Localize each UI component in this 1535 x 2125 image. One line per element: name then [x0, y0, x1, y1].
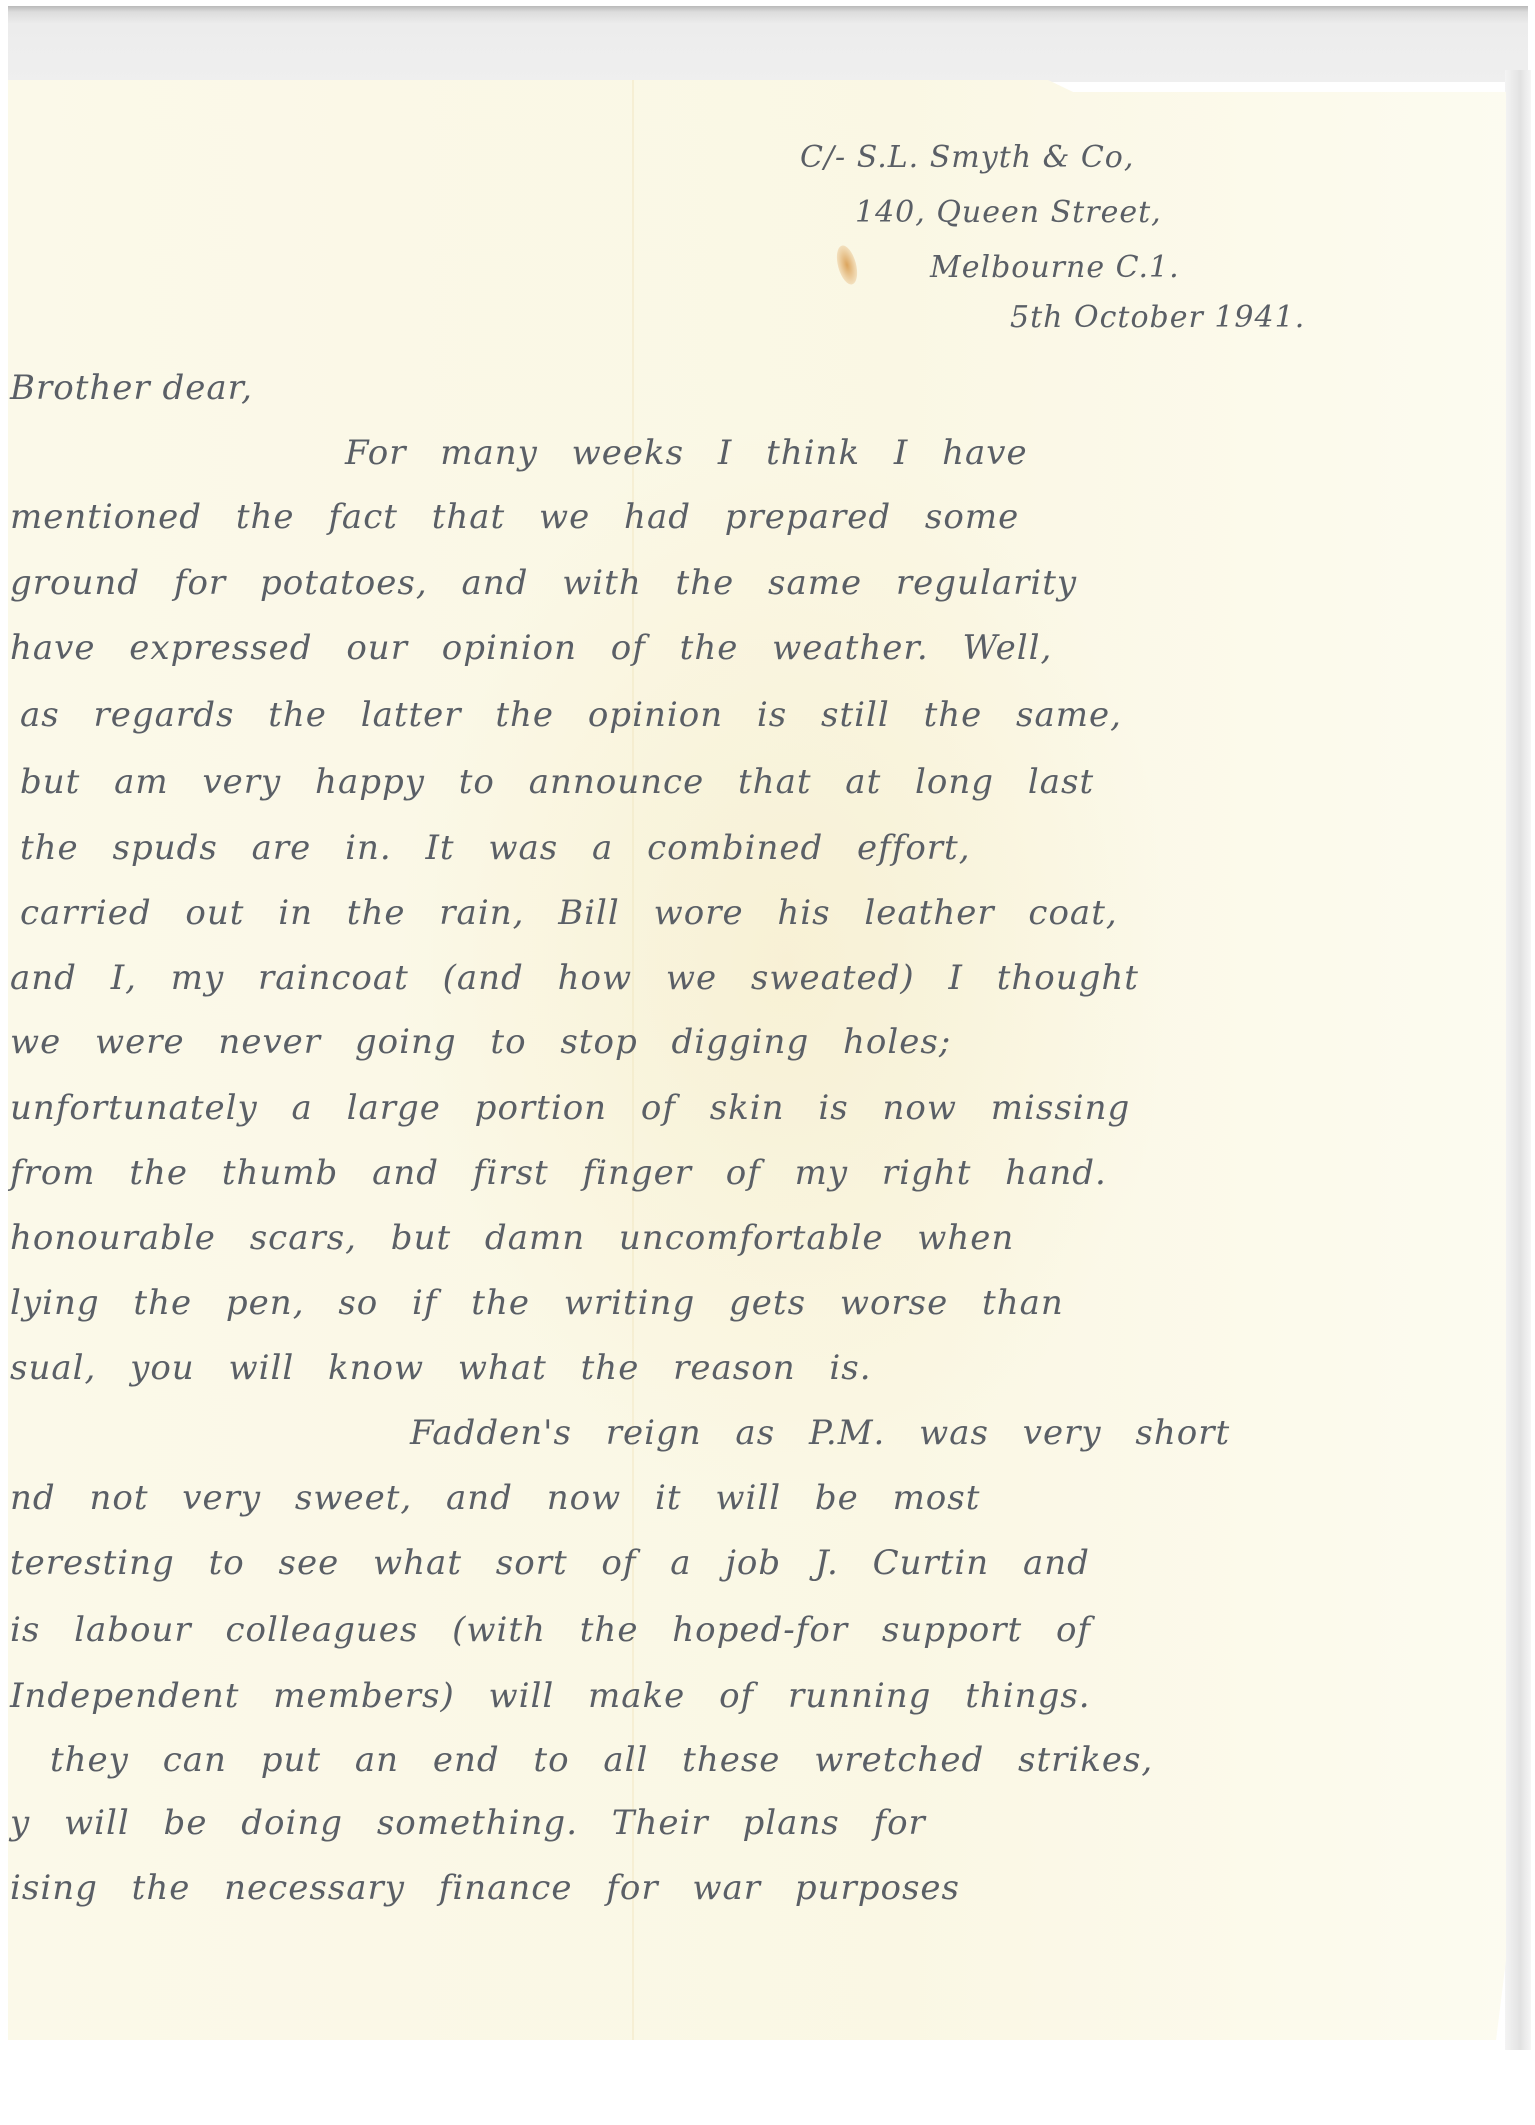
- body-line: lying the pen, so if the writing gets wo…: [10, 1283, 1064, 1323]
- body-line: carried out in the rain, Bill wore his l…: [20, 893, 1118, 933]
- body-line: ising the necessary finance for war purp…: [10, 1868, 960, 1908]
- body-line: they can put an end to all these wretche…: [50, 1740, 1153, 1780]
- body-line: the spuds are in. It was a combined effo…: [20, 828, 971, 868]
- body-line: from the thumb and first finger of my ri…: [10, 1153, 1107, 1193]
- body-line: teresting to see what sort of a job J. C…: [10, 1543, 1090, 1583]
- body-line: ground for potatoes, and with the same r…: [10, 563, 1077, 603]
- body-line: but am very happy to announce that at lo…: [20, 762, 1094, 802]
- body-line: and I, my raincoat (and how we sweated) …: [10, 958, 1139, 998]
- body-line: honourable scars, but damn uncomfortable…: [10, 1218, 1014, 1258]
- scanner-background-top: [8, 6, 1528, 82]
- address-line-1: C/- S.L. Smyth & Co,: [800, 140, 1134, 175]
- body-line: sual, you will know what the reason is.: [10, 1348, 872, 1388]
- body-line: y will be doing something. Their plans f…: [10, 1803, 926, 1843]
- body-line: we were never going to stop digging hole…: [10, 1022, 951, 1062]
- body-line: mentioned the fact that we had prepared …: [10, 497, 1019, 537]
- address-line-2: 140, Queen Street,: [855, 195, 1162, 230]
- body-line: Fadden's reign as P.M. was very short: [410, 1413, 1230, 1453]
- body-line: For many weeks I think I have: [345, 433, 1028, 473]
- body-line: as regards the latter the opinion is sti…: [20, 695, 1122, 735]
- body-line: nd not very sweet, and now it will be mo…: [10, 1478, 980, 1518]
- scanner-background-right: [1505, 70, 1531, 2050]
- letter-date: 5th October 1941.: [1010, 300, 1305, 335]
- address-line-3: Melbourne C.1.: [930, 250, 1180, 285]
- letter-salutation: Brother dear,: [10, 368, 253, 408]
- body-line: is labour colleagues (with the hoped-for…: [10, 1610, 1091, 1650]
- body-line: unfortunately a large portion of skin is…: [10, 1088, 1130, 1128]
- body-line: have expressed our opinion of the weathe…: [10, 628, 1052, 668]
- body-line: Independent members) will make of runnin…: [10, 1676, 1091, 1716]
